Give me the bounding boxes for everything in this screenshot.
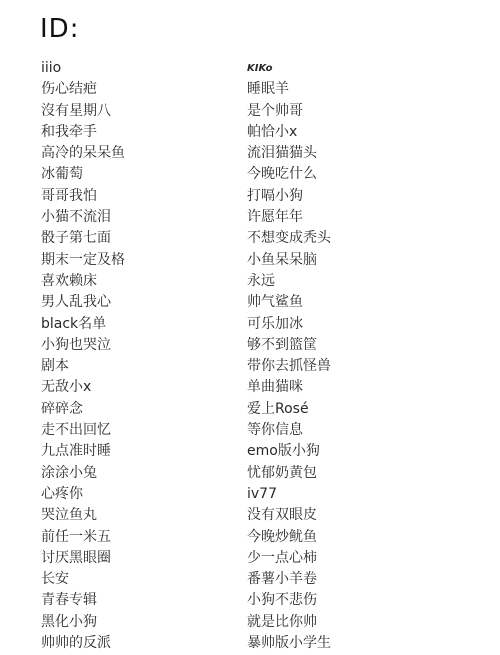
list-item: 暴帅版小学生 (247, 633, 331, 654)
list-item: 爱上Rosé (247, 399, 331, 420)
list-item: 剧本 (41, 356, 125, 377)
list-item: 今晚炒鱿鱼 (247, 527, 331, 548)
list-item: 可乐加冰 (247, 314, 331, 335)
list-item: 黑化小狗 (41, 612, 125, 633)
list-item: 帅气鲨鱼 (247, 292, 331, 313)
list-item: 和我牵手 (41, 122, 125, 143)
list-item: 前任一米五 (41, 527, 125, 548)
list-item: 沒有星期八 (41, 101, 125, 122)
list-item: 冰葡萄 (41, 164, 125, 185)
list-item: 讨厌黑眼圈 (41, 548, 125, 569)
list-item: 是个帅哥 (247, 101, 331, 122)
list-item: 没有双眼皮 (247, 505, 331, 526)
list-item: 帅帅的反派 (41, 633, 125, 654)
list-item: emo版小狗 (247, 441, 331, 462)
list-item: 小鱼呆呆脑 (247, 250, 331, 271)
list-item: 男人乱我心 (41, 292, 125, 313)
list-item: 心疼你 (41, 484, 125, 505)
list-item: iv77 (247, 484, 331, 505)
list-item: 单曲猫咪 (247, 377, 331, 398)
list-item: 喜欢赖床 (41, 271, 125, 292)
list-item: 碎碎念 (41, 399, 125, 420)
list-item: 今晚吃什么 (247, 164, 331, 185)
list-item: 无敌小x (41, 377, 125, 398)
list-item: 够不到篮筐 (247, 335, 331, 356)
list-item: 许愿年年 (247, 207, 331, 228)
list-item: 等你信息 (247, 420, 331, 441)
list-item: 期末一定及格 (41, 250, 125, 271)
list-item: 小狗也哭泣 (41, 335, 125, 356)
list-item: black名单 (41, 314, 125, 335)
list-item: 流泪猫猫头 (247, 143, 331, 164)
list-item: 忧郁奶黄包 (247, 463, 331, 484)
page-title: ID: (40, 14, 79, 44)
list-item: 高冷的呆呆鱼 (41, 143, 125, 164)
right-id-list: KIKo 睡眠羊 是个帅哥 帕恰小x 流泪猫猫头 今晚吃什么 打嗝小狗 许愿年年… (247, 58, 331, 654)
list-item: 永远 (247, 271, 331, 292)
list-item: iiio (41, 58, 125, 79)
list-item: 帕恰小x (247, 122, 331, 143)
list-item: 不想变成秃头 (247, 228, 331, 249)
list-item: 打嗝小狗 (247, 186, 331, 207)
list-item: 小猫不流泪 (41, 207, 125, 228)
list-item: 走不出回忆 (41, 420, 125, 441)
list-item: 骰子第七面 (41, 228, 125, 249)
list-item: 伤心结疤 (41, 79, 125, 100)
list-item: 带你去抓怪兽 (247, 356, 331, 377)
left-id-list: iiio 伤心结疤 沒有星期八 和我牵手 高冷的呆呆鱼 冰葡萄 哥哥我怕 小猫不… (41, 58, 125, 654)
list-item: 哥哥我怕 (41, 186, 125, 207)
list-item: 九点准时睡 (41, 441, 125, 462)
list-item: 小狗不悲伤 (247, 590, 331, 611)
list-item: 番薯小羊卷 (247, 569, 331, 590)
list-item: 少一点心柿 (247, 548, 331, 569)
list-item: 睡眠羊 (247, 79, 331, 100)
list-item: 涂涂小兔 (41, 463, 125, 484)
list-item: 哭泣鱼丸 (41, 505, 125, 526)
list-item: 青春专辑 (41, 590, 125, 611)
list-item: KIKo (247, 58, 331, 79)
list-item: 就是比你帅 (247, 612, 331, 633)
list-item: 长安 (41, 569, 125, 590)
